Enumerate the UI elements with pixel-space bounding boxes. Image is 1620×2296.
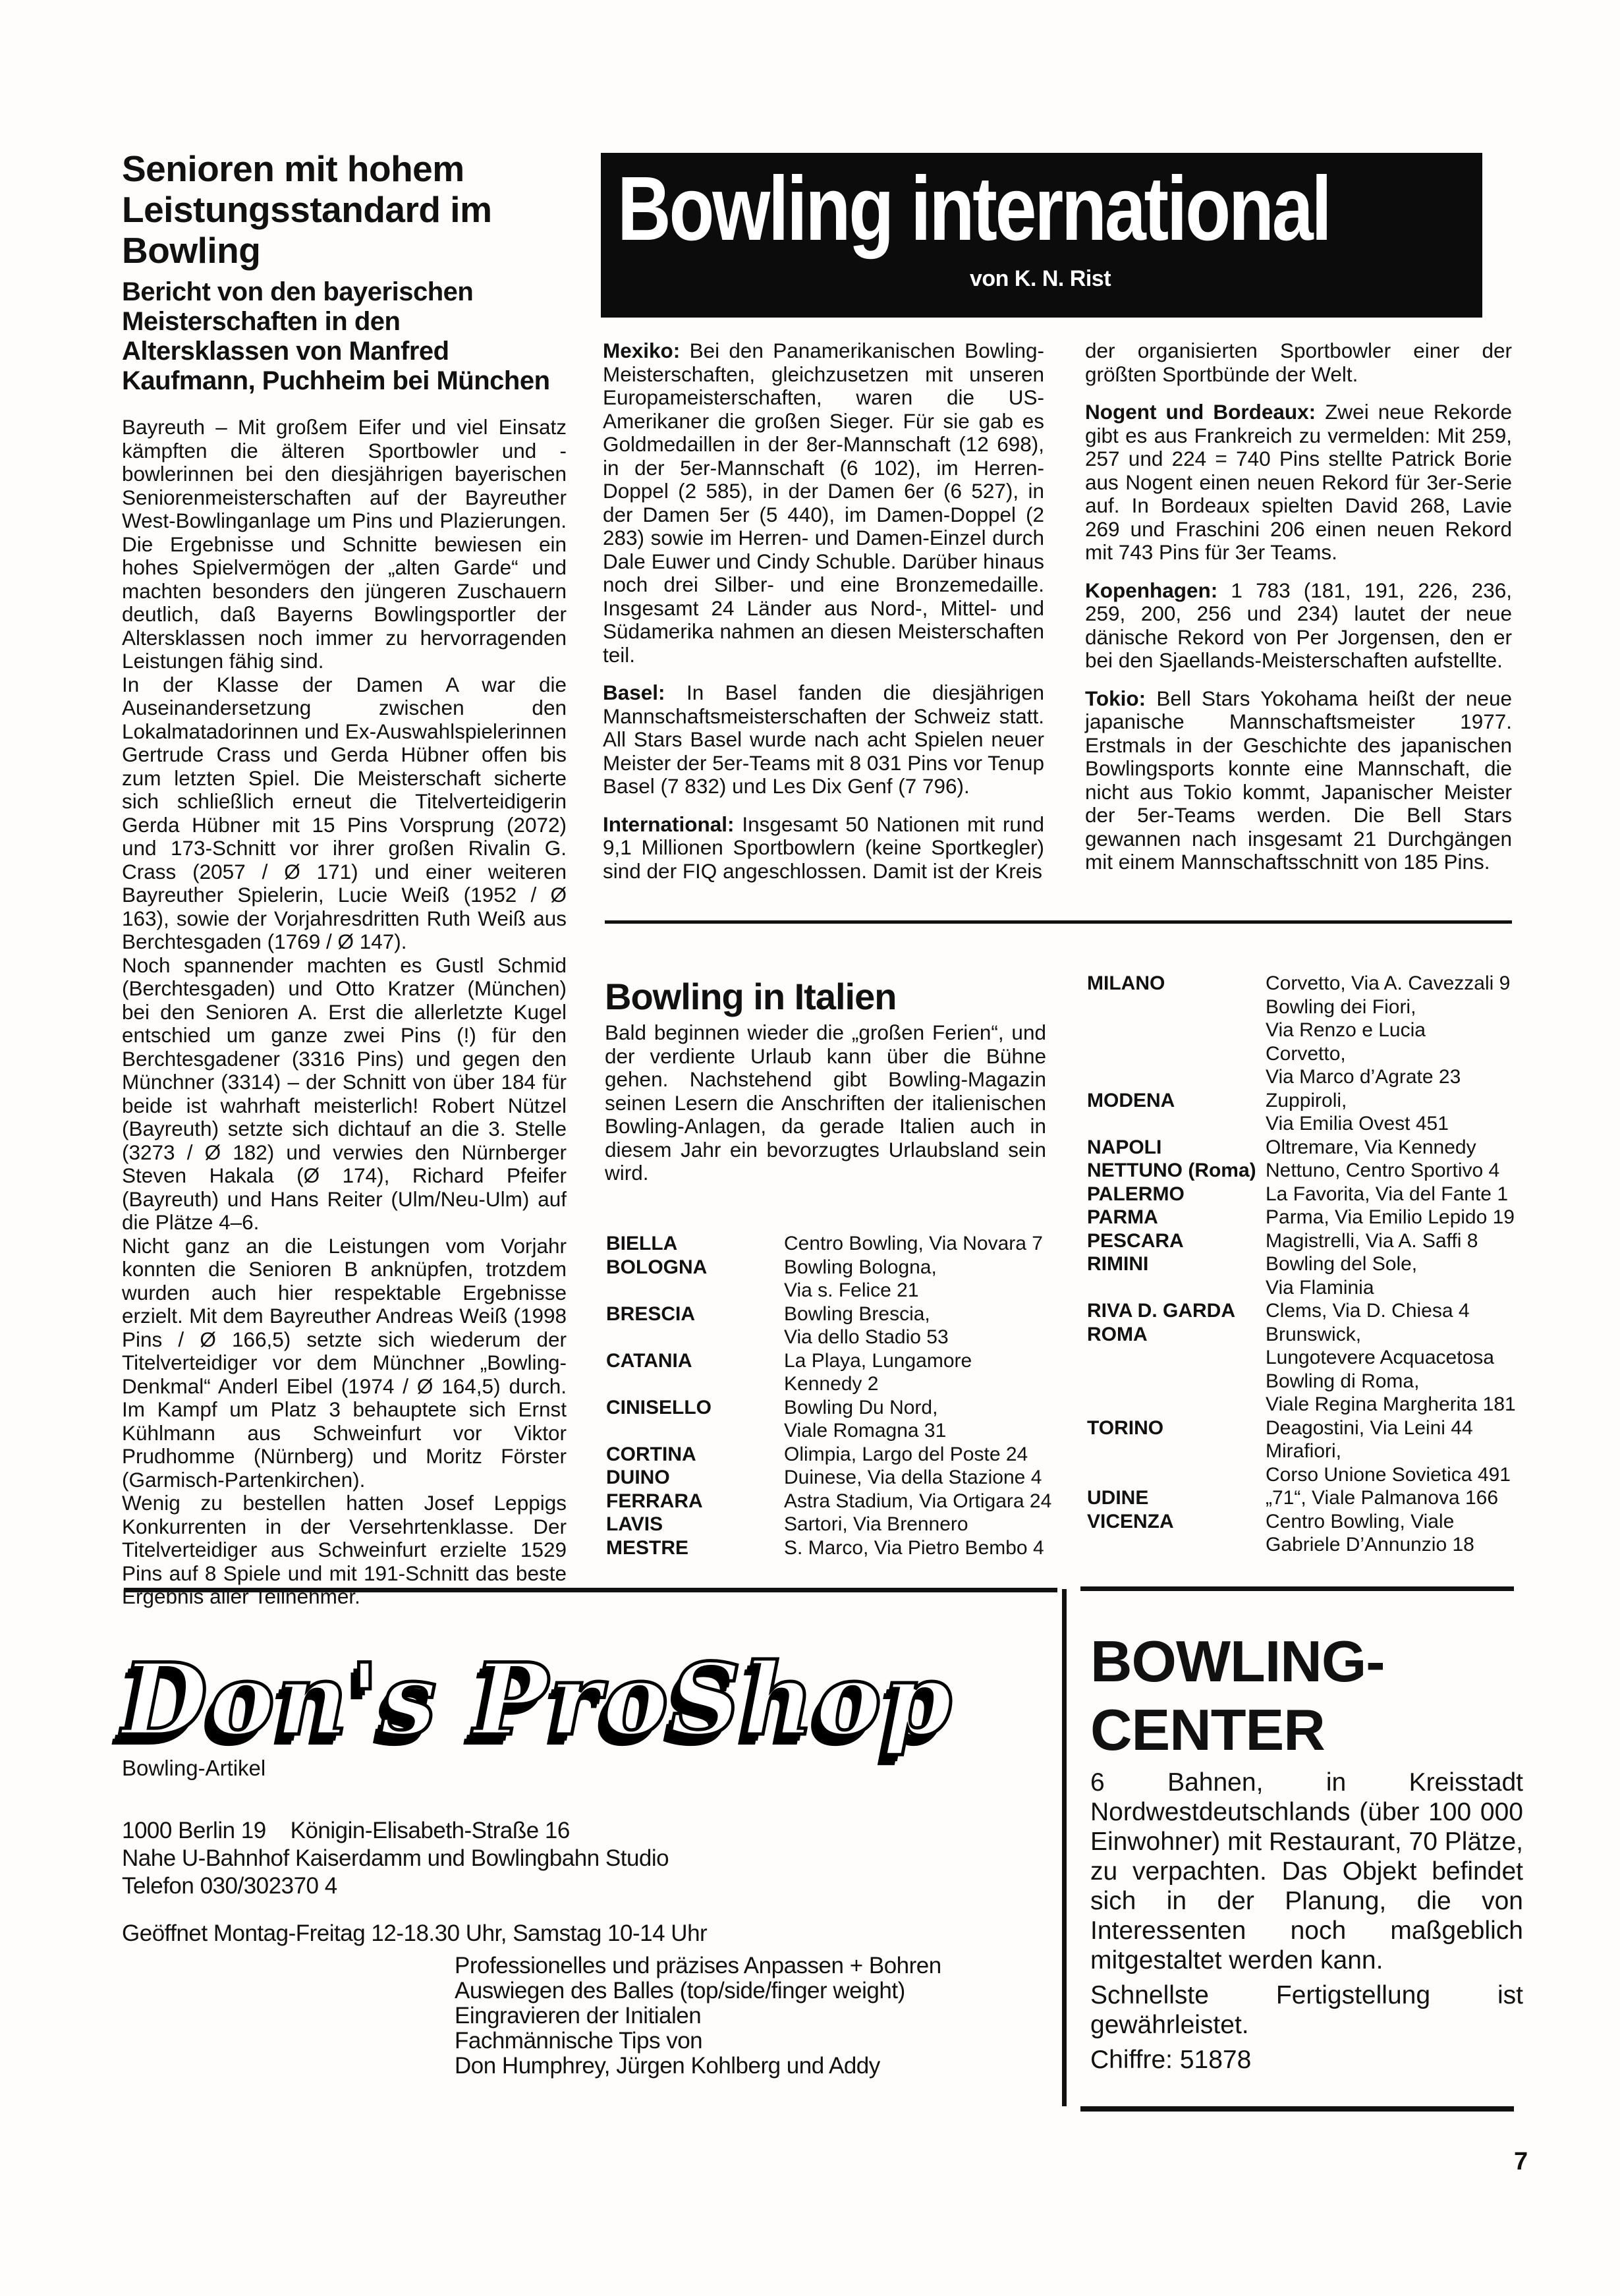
center-ad-body: 6 Bahnen, in Kreisstadt Nordwestdeutschl… xyxy=(1090,1768,1523,2075)
address-city: CORTINA xyxy=(606,1443,784,1467)
address-entry: MILANOCorvetto, Via A. Cavezzali 9Bowlin… xyxy=(1087,972,1548,1089)
address-line: Duinese, Via della Stazione 4 xyxy=(784,1466,1054,1490)
address-lines: S. Marco, Via Pietro Bembo 4 xyxy=(784,1536,1054,1560)
address-lines: Oltremare, Via Kennedy xyxy=(1266,1136,1548,1160)
address-city: NETTUNO (Roma) xyxy=(1087,1159,1266,1183)
address-entry: CORTINAOlimpia, Largo del Poste 24 xyxy=(606,1443,1054,1467)
news-item-international: International: Insgesamt 50 Nationen mit… xyxy=(603,813,1044,883)
news-item-basel: Basel: In Basel fanden die diesjährigen … xyxy=(603,681,1044,798)
address-line: Centro Bowling, Via Novara 7 xyxy=(784,1232,1054,1256)
proshop-ad: Don's ProShop Bowling-Artikel 1000 Berli… xyxy=(122,1621,1057,2108)
proshop-address: 1000 Berlin 19 Königin-Elisabeth-Straße … xyxy=(122,1817,669,1900)
address-line: Gabriele D’Annunzio 18 xyxy=(1266,1533,1548,1557)
address-entry: ROMABrunswick,Lungotevere AcquacetosaBow… xyxy=(1087,1323,1548,1416)
section-divider xyxy=(605,920,1512,924)
ad-divider xyxy=(124,1588,1057,1592)
address-line: Bowling del Sole, xyxy=(1266,1252,1548,1276)
bowling-center-ad: BOWLING- CENTER 6 Bahnen, in Kreisstadt … xyxy=(1064,1586,1548,2107)
address-line: Bowling dei Fiori, xyxy=(1266,995,1548,1019)
address-line: Viale Romagna 31 xyxy=(784,1419,1054,1443)
address-line: Mirafiori, xyxy=(1266,1440,1548,1463)
address-line: Clems, Via D. Chiesa 4 xyxy=(1266,1299,1548,1323)
address-city: MODENA xyxy=(1087,1089,1266,1136)
address-line: S. Marco, Via Pietro Bembo 4 xyxy=(784,1536,1054,1560)
address-line: Olimpia, Largo del Poste 24 xyxy=(784,1443,1054,1467)
address-line: Via Marco d’Agrate 23 xyxy=(1266,1065,1548,1089)
address-entry: NAPOLIOltremare, Via Kennedy xyxy=(1087,1136,1548,1160)
address-entry: RIMINIBowling del Sole,Via Flaminia xyxy=(1087,1252,1548,1299)
address-line: Magistrelli, Via A. Saffi 8 xyxy=(1266,1229,1548,1253)
address-entry: PESCARAMagistrelli, Via A. Saffi 8 xyxy=(1087,1229,1548,1253)
article-paragraph: Bayreuth – Mit großem Eifer und viel Ein… xyxy=(122,416,567,673)
address-entry: FERRARAAstra Stadium, Via Ortigara 24 xyxy=(606,1490,1054,1513)
address-line: Zuppiroli, xyxy=(1266,1089,1548,1113)
address-city: PALERMO xyxy=(1087,1183,1266,1206)
address-line: Corvetto, Via A. Cavezzali 9 xyxy=(1266,972,1548,995)
address-line: Deagostini, Via Leini 44 xyxy=(1266,1416,1548,1440)
address-entry: PALERMOLa Favorita, Via del Fante 1 xyxy=(1087,1183,1548,1206)
address-entry: LAVISSartori, Via Brennero xyxy=(606,1513,1054,1536)
address-line: Sartori, Via Brennero xyxy=(784,1513,1054,1536)
address-line: Via Flaminia xyxy=(1266,1276,1548,1300)
address-lines: Corvetto, Via A. Cavezzali 9Bowling dei … xyxy=(1266,972,1548,1089)
address-line: „71“, Viale Palmanova 166 xyxy=(1266,1486,1548,1510)
address-city: TORINO xyxy=(1087,1416,1266,1487)
address-entry: UDINE„71“, Viale Palmanova 166 xyxy=(1087,1486,1548,1510)
italy-address-list-right: MILANOCorvetto, Via A. Cavezzali 9Bowlin… xyxy=(1087,972,1548,1557)
address-entry: MODENAZuppiroli,Via Emilia Ovest 451 xyxy=(1087,1089,1548,1136)
address-line: Corvetto, xyxy=(1266,1042,1548,1066)
address-lines: Duinese, Via della Stazione 4 xyxy=(784,1466,1054,1490)
address-line: Via Emilia Ovest 451 xyxy=(1266,1112,1548,1136)
address-line: Bowling Bologna, xyxy=(784,1256,1054,1279)
article-headline: Senioren mit hohem Leistungsstandard im … xyxy=(122,148,567,271)
address-lines: Bowling Bologna,Via s. Felice 21 xyxy=(784,1256,1054,1302)
address-entry: BRESCIABowling Brescia,Via dello Stadio … xyxy=(606,1302,1054,1349)
address-line: Viale Regina Margherita 181 xyxy=(1266,1393,1548,1416)
address-lines: Magistrelli, Via A. Saffi 8 xyxy=(1266,1229,1548,1253)
address-city: VICENZA xyxy=(1087,1510,1266,1557)
article-paragraph: Noch spannender machten es Gustl Schmid … xyxy=(122,954,567,1235)
address-city: RIVA D. GARDA xyxy=(1087,1299,1266,1323)
bowling-international-banner: Bowling international von K. N. Rist xyxy=(601,153,1482,318)
address-entry: RIVA D. GARDAClems, Via D. Chiesa 4 xyxy=(1087,1299,1548,1323)
news-item-tokio: Tokio: Bell Stars Yokohama heißt der neu… xyxy=(1085,687,1512,874)
address-line: Nettuno, Centro Sportivo 4 xyxy=(1266,1159,1548,1183)
address-entry: CATANIALa Playa, LungamoreKennedy 2 xyxy=(606,1349,1054,1396)
international-column-2: der organisierten Sportbowler einer der … xyxy=(1085,339,1512,874)
address-lines: Deagostini, Via Leini 44Mirafiori,Corso … xyxy=(1266,1416,1548,1487)
address-city: PARMA xyxy=(1087,1206,1266,1229)
address-line: Kennedy 2 xyxy=(784,1372,1054,1396)
address-city: MESTRE xyxy=(606,1536,784,1560)
proshop-logo: Don's ProShop xyxy=(122,1644,953,1756)
address-city: CINISELLO xyxy=(606,1396,784,1443)
address-lines: Nettuno, Centro Sportivo 4 xyxy=(1266,1159,1548,1183)
address-lines: Parma, Via Emilio Lepido 19 xyxy=(1266,1206,1548,1229)
address-lines: Bowling Du Nord,Viale Romagna 31 xyxy=(784,1396,1054,1443)
news-item-international-cont: der organisierten Sportbowler einer der … xyxy=(1085,339,1512,386)
address-line: Brunswick, xyxy=(1266,1323,1548,1347)
article-subheadline: Bericht von den bayerischen Meisterschaf… xyxy=(122,277,567,396)
address-lines: La Playa, LungamoreKennedy 2 xyxy=(784,1349,1054,1396)
address-lines: Astra Stadium, Via Ortigara 24 xyxy=(784,1490,1054,1513)
center-ad-title: BOWLING- CENTER xyxy=(1090,1627,1385,1764)
address-line: Via s. Felice 21 xyxy=(784,1279,1054,1302)
address-city: BRESCIA xyxy=(606,1302,784,1349)
address-lines: Centro Bowling, VialeGabriele D’Annunzio… xyxy=(1266,1510,1548,1557)
address-line: Lungotevere Acquacetosa xyxy=(1266,1346,1548,1370)
address-lines: Brunswick,Lungotevere AcquacetosaBowling… xyxy=(1266,1323,1548,1416)
address-lines: Bowling Brescia,Via dello Stadio 53 xyxy=(784,1302,1054,1349)
address-lines: La Favorita, Via del Fante 1 xyxy=(1266,1183,1548,1206)
address-entry: BIELLACentro Bowling, Via Novara 7 xyxy=(606,1232,1054,1256)
address-entry: NETTUNO (Roma)Nettuno, Centro Sportivo 4 xyxy=(1087,1159,1548,1183)
news-item-kopenhagen: Kopenhagen: 1 783 (181, 191, 226, 236, 2… xyxy=(1085,579,1512,673)
address-line: Bowling Brescia, xyxy=(784,1302,1054,1326)
address-entry: TORINODeagostini, Via Leini 44Mirafiori,… xyxy=(1087,1416,1548,1487)
address-lines: Clems, Via D. Chiesa 4 xyxy=(1266,1299,1548,1323)
address-lines: „71“, Viale Palmanova 166 xyxy=(1266,1486,1548,1510)
article-body: Bayreuth – Mit großem Eifer und viel Ein… xyxy=(122,416,567,1609)
address-city: PESCARA xyxy=(1087,1229,1266,1253)
address-entry: CINISELLOBowling Du Nord,Viale Romagna 3… xyxy=(606,1396,1054,1443)
address-city: ROMA xyxy=(1087,1323,1266,1416)
proshop-hours: Geöffnet Montag-Freitag 12-18.30 Uhr, Sa… xyxy=(122,1920,707,1947)
news-item-mexiko: Mexiko: Bei den Panamerikanischen Bowlin… xyxy=(603,339,1044,667)
address-line: Via Renzo e Lucia xyxy=(1266,1019,1548,1042)
address-line: La Favorita, Via del Fante 1 xyxy=(1266,1183,1548,1206)
address-city: FERRARA xyxy=(606,1490,784,1513)
address-lines: Zuppiroli,Via Emilia Ovest 451 xyxy=(1266,1089,1548,1136)
address-line: Bowling di Roma, xyxy=(1266,1370,1548,1393)
banner-byline: von K. N. Rist xyxy=(970,266,1111,292)
address-lines: Sartori, Via Brennero xyxy=(784,1513,1054,1536)
proshop-subtitle: Bowling-Artikel xyxy=(122,1756,265,1781)
address-line: Astra Stadium, Via Ortigara 24 xyxy=(784,1490,1054,1513)
address-city: CATANIA xyxy=(606,1349,784,1396)
proshop-services: Professionelles und präzises Anpassen + … xyxy=(455,1953,941,2079)
address-entry: DUINODuinese, Via della Stazione 4 xyxy=(606,1466,1054,1490)
address-lines: Olimpia, Largo del Poste 24 xyxy=(784,1443,1054,1467)
article-paragraph: Nicht ganz an die Leistungen vom Vorjahr… xyxy=(122,1235,567,1492)
address-city: RIMINI xyxy=(1087,1252,1266,1299)
address-line: La Playa, Lungamore xyxy=(784,1349,1054,1373)
banner-title: Bowling international xyxy=(617,153,1330,265)
address-city: DUINO xyxy=(606,1466,784,1490)
address-entry: VICENZACentro Bowling, VialeGabriele D’A… xyxy=(1087,1510,1548,1557)
page-number: 7 xyxy=(1514,2148,1528,2176)
address-entry: PARMAParma, Via Emilio Lepido 19 xyxy=(1087,1206,1548,1229)
article-paragraph: In der Klasse der Damen A war die Ausein… xyxy=(122,673,567,954)
news-item-nogent-bordeaux: Nogent und Bordeaux: Zwei neue Rekorde g… xyxy=(1085,401,1512,565)
address-city: NAPOLI xyxy=(1087,1136,1266,1160)
italy-address-list-left: BIELLACentro Bowling, Via Novara 7BOLOGN… xyxy=(606,1232,1054,1559)
address-line: Oltremare, Via Kennedy xyxy=(1266,1136,1548,1160)
address-city: BOLOGNA xyxy=(606,1256,784,1302)
ad-box-bottom-border xyxy=(1080,2106,1514,2112)
address-line: Parma, Via Emilio Lepido 19 xyxy=(1266,1206,1548,1229)
address-lines: Centro Bowling, Via Novara 7 xyxy=(784,1232,1054,1256)
address-city: MILANO xyxy=(1087,972,1266,1089)
address-line: Bowling Du Nord, xyxy=(784,1396,1054,1420)
italy-title: Bowling in Italien xyxy=(605,975,896,1018)
address-line: Corso Unione Sovietica 491 xyxy=(1266,1463,1548,1487)
address-entry: BOLOGNABowling Bologna,Via s. Felice 21 xyxy=(606,1256,1054,1302)
seniors-article: Senioren mit hohem Leistungsstandard im … xyxy=(122,148,567,1609)
address-entry: MESTRES. Marco, Via Pietro Bembo 4 xyxy=(606,1536,1054,1560)
address-city: BIELLA xyxy=(606,1232,784,1256)
international-column-1: Mexiko: Bei den Panamerikanischen Bowlin… xyxy=(603,339,1044,883)
address-line: Via dello Stadio 53 xyxy=(784,1326,1054,1349)
address-city: LAVIS xyxy=(606,1513,784,1536)
address-line: Centro Bowling, Viale xyxy=(1266,1510,1548,1534)
address-city: UDINE xyxy=(1087,1486,1266,1510)
address-lines: Bowling del Sole,Via Flaminia xyxy=(1266,1252,1548,1299)
italy-intro: Bald beginnen wieder die „großen Ferien“… xyxy=(605,1021,1046,1185)
